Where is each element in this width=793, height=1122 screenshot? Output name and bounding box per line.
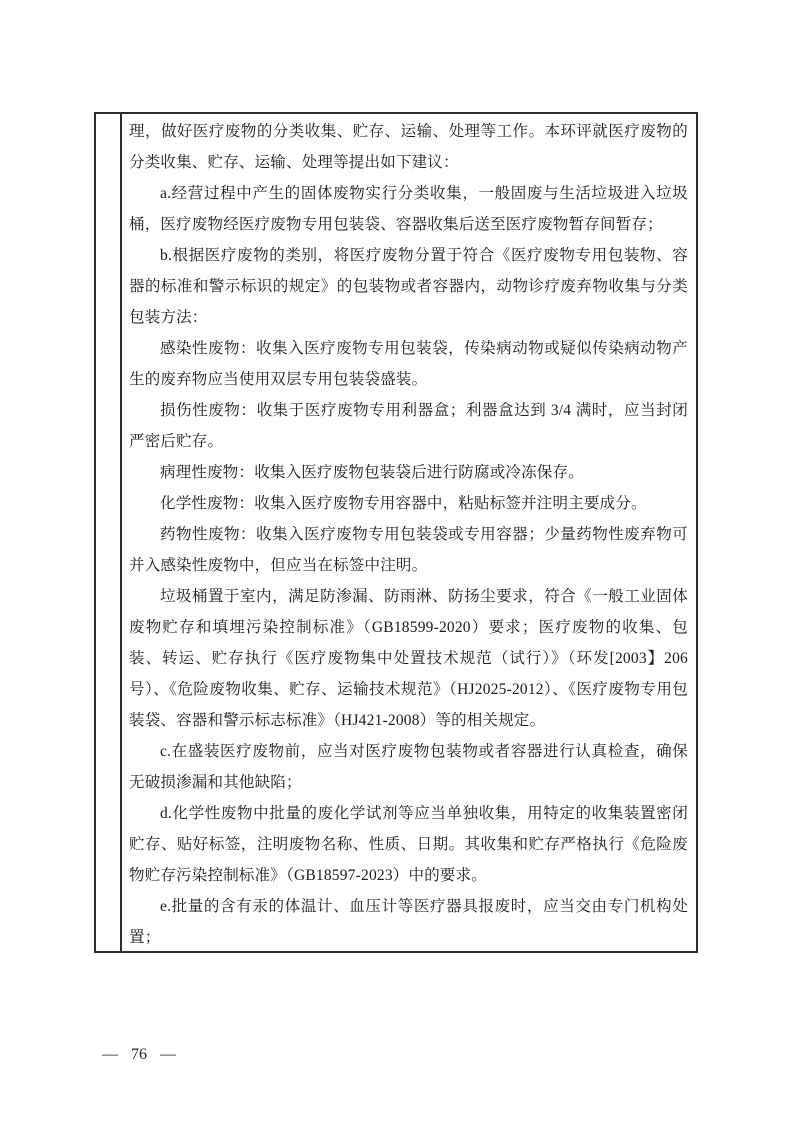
content-table: 理，做好医疗废物的分类收集、贮存、运输、处理等工作。本环评就医疗废物的分类收集、… [94, 112, 698, 953]
page-number-value: 76 [131, 1046, 147, 1064]
paragraph: d.化学性废物中批量的废化学试剂等应当单独收集，用特定的收集装置密闭贮存、贴好标… [129, 798, 688, 891]
paragraph: 病理性废物：收集入医疗废物包装袋后进行防腐或冷冻保存。 [129, 457, 688, 488]
table-left-stub-column [96, 114, 122, 951]
page-number-right-dash: — [160, 1046, 176, 1064]
page-number-left-dash: — [102, 1046, 118, 1064]
document-page: 理，做好医疗废物的分类收集、贮存、运输、处理等工作。本环评就医疗废物的分类收集、… [0, 0, 793, 1122]
paragraph: b.根据医疗废物的类别，将医疗废物分置于符合《医疗废物专用包装物、容器的标准和警… [129, 240, 688, 333]
paragraph: 损伤性废物：收集于医疗废物专用利器盒；利器盒达到 3/4 满时，应当封闭严密后贮… [129, 395, 688, 457]
page-number-footer: — 76 — [102, 1046, 176, 1064]
paragraphs-container: 理，做好医疗废物的分类收集、贮存、运输、处理等工作。本环评就医疗废物的分类收集、… [129, 116, 688, 951]
paragraph: a.经营过程中产生的固体废物实行分类收集，一般固废与生活垃圾进入垃圾桶，医疗废物… [129, 178, 688, 240]
paragraph: 药物性废物：收集入医疗废物专用包装袋或专用容器；少量药物性废弃物可并入感染性废物… [129, 519, 688, 581]
paragraph: 理，做好医疗废物的分类收集、贮存、运输、处理等工作。本环评就医疗废物的分类收集、… [129, 116, 688, 178]
paragraph: c.在盛装医疗废物前，应当对医疗废物包装物或者容器进行认真检查，确保无破损渗漏和… [129, 736, 688, 798]
paragraph: 垃圾桶置于室内，满足防渗漏、防雨淋、防扬尘要求，符合《一般工业固体废物贮存和填埋… [129, 581, 688, 736]
paragraph: e.批量的含有汞的体温计、血压计等医疗器具报废时，应当交由专门机构处置； [129, 891, 688, 951]
table-content-cell: 理，做好医疗废物的分类收集、贮存、运输、处理等工作。本环评就医疗废物的分类收集、… [122, 114, 696, 951]
paragraph: 感染性废物：收集入医疗废物专用包装袋，传染病动物或疑似传染病动物产生的废弃物应当… [129, 333, 688, 395]
paragraph: 化学性废物：收集入医疗废物专用容器中，粘贴标签并注明主要成分。 [129, 488, 688, 519]
